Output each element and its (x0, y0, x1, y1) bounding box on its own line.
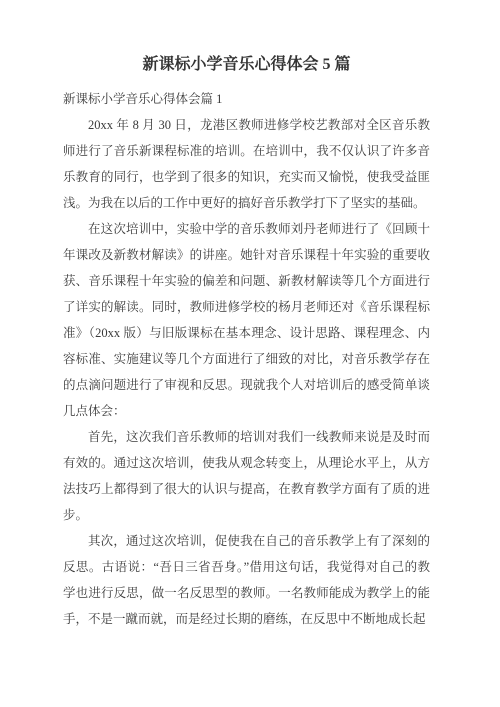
document-title: 新课标小学音乐心得体会 5 篇 (63, 52, 430, 78)
paragraph-1: 20xx 年 8 月 30 日，龙港区教师进修学校艺教部对全区音乐教师进行了音乐… (63, 112, 430, 216)
document-page: 新课标小学音乐心得体会 5 篇 新课标小学音乐心得体会篇 1 20xx 年 8 … (0, 0, 500, 707)
document-content: 新课标小学音乐心得体会 5 篇 新课标小学音乐心得体会篇 1 20xx 年 8 … (0, 0, 500, 632)
section-heading: 新课标小学音乐心得体会篇 1 (63, 86, 430, 112)
paragraph-3: 首先，这次我们音乐教师的培训对我们一线教师来说是及时而有效的。通过这次培训，使我… (63, 424, 430, 528)
paragraph-2: 在这次培训中，实验中学的音乐教师刘丹老师进行了《回顾十年课改及新教材解读》的讲座… (63, 216, 430, 424)
paragraph-4: 其次，通过这次培训，促使我在自己的音乐教学上有了深刻的反思。古语说：“吾日三省吾… (63, 528, 430, 632)
